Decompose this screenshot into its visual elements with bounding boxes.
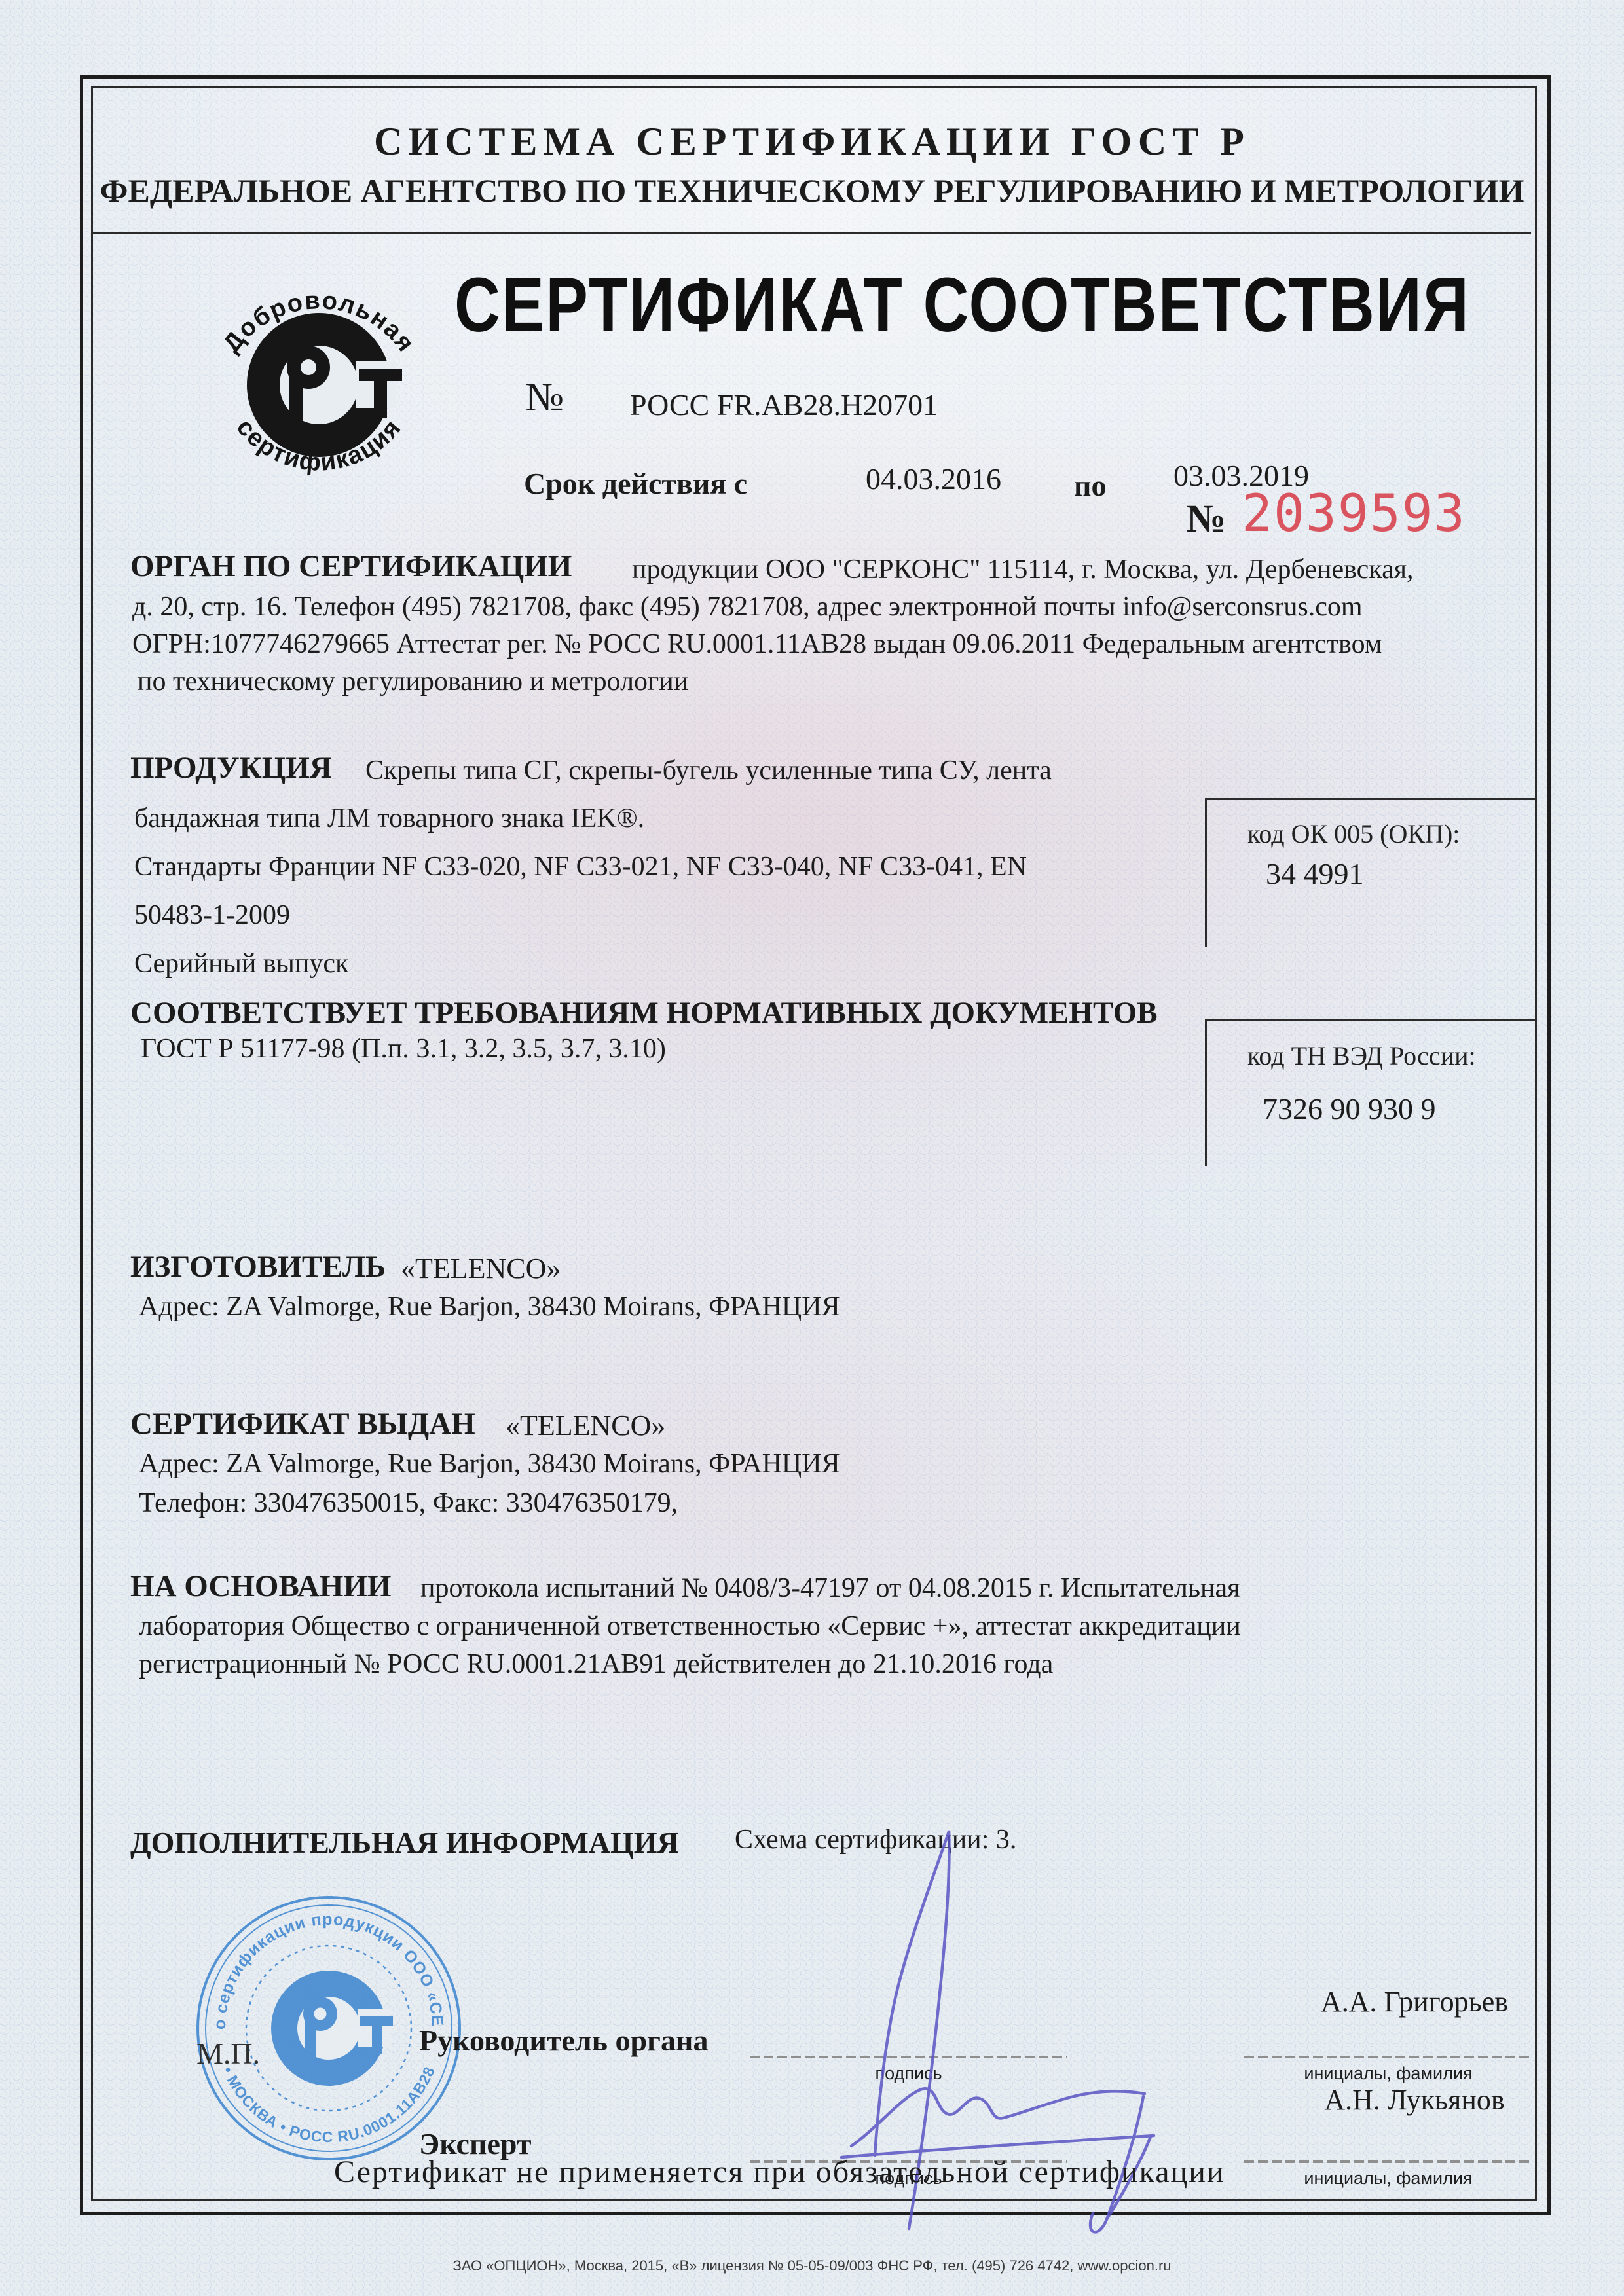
stamp-rst-emblem-icon	[271, 1971, 393, 2086]
serial-number-sign: №	[1187, 496, 1226, 541]
product-line4: 50483-1-2009	[134, 900, 290, 931]
conformity-label: СООТВЕТСТВУЕТ ТРЕБОВАНИЯМ НОРМАТИВНЫХ ДО…	[130, 995, 1158, 1030]
head-initials-caption: инициалы, фамилия	[1244, 2064, 1532, 2084]
reg-number-label: №	[525, 374, 564, 421]
okp-code-label: код ОК 005 (ОКП):	[1247, 818, 1460, 849]
validity-from-date: 04.03.2016	[866, 462, 1001, 496]
cert-body-line4: по техническому регулированию и метролог…	[138, 666, 688, 697]
head-signature-line	[750, 2056, 1067, 2058]
additional-info-text: Схема сертификации: 3.	[735, 1824, 1016, 1855]
certification-system-title: СИСТЕМА СЕРТИФИКАЦИИ ГОСТ Р	[93, 119, 1531, 164]
head-sign-caption: подпись	[750, 2064, 1067, 2084]
conformity-text: ГОСТ Р 51177-98 (П.п. 3.1, 3.2, 3.5, 3.7…	[141, 1033, 666, 1065]
issued-to-phone: Телефон: 330476350015, Факс: 33047635017…	[139, 1487, 678, 1519]
certificate-page: СИСТЕМА СЕРТИФИКАЦИИ ГОСТ Р ФЕДЕРАЛЬНОЕ …	[0, 0, 1624, 2296]
federal-agency-line: ФЕДЕРАЛЬНОЕ АГЕНТСТВО ПО ТЕХНИЧЕСКОМУ РЕ…	[93, 172, 1531, 210]
cert-body-line2: д. 20, стр. 16. Телефон (495) 7821708, ф…	[132, 591, 1363, 623]
rst-voluntary-certification-logo: Добровольная сертификация	[211, 261, 427, 503]
reg-number-value: РОСС FR.AB28.H20701	[630, 388, 938, 422]
head-label: Руководитель органа	[419, 2023, 708, 2058]
additional-info-label: ДОПОЛНИТЕЛЬНАЯ ИНФОРМАЦИЯ	[130, 1825, 679, 1860]
issued-to-address: Адрес: ZA Valmorge, Rue Barjon, 38430 Mo…	[139, 1448, 840, 1480]
product-label: ПРОДУКЦИЯ	[130, 750, 332, 786]
tnved-code-value: 7326 90 930 9	[1263, 1091, 1436, 1126]
tnved-code-label: код ТН ВЭД России:	[1247, 1040, 1476, 1071]
header-divider	[93, 232, 1531, 234]
stamp-place-mark: М.П.	[196, 2036, 260, 2071]
head-name: А.А. Григорьев	[1270, 1985, 1559, 2018]
manufacturer-name: «TELENCO»	[401, 1252, 561, 1285]
cert-body-label: ОРГАН ПО СЕРТИФИКАЦИИ	[130, 549, 572, 584]
okp-code-value: 34 4991	[1266, 856, 1364, 891]
expert-name: А.Н. Лукьянов	[1270, 2083, 1559, 2117]
tnved-code-box: код ТН ВЭД России: 7326 90 930 9	[1205, 1019, 1536, 1166]
expert-initials-caption: инициалы, фамилия	[1244, 2168, 1532, 2189]
cert-body-line3: ОГРН:1077746279665 Аттестат рег. № РОСС …	[132, 629, 1382, 660]
basis-line2: лаборатория Общество с ограниченной отве…	[139, 1611, 1241, 1642]
product-line3: Стандарты Франции NF C33-020, NF C33-021…	[134, 851, 1027, 883]
product-line2: бандажная типа ЛМ товарного знака IEK®.	[134, 803, 644, 834]
basis-line3: регистрационный № РОСС RU.0001.21АВ91 де…	[139, 1649, 1053, 1680]
basis-label: НА ОСНОВАНИИ	[130, 1569, 391, 1604]
manufacturer-address: Адрес: ZA Valmorge, Rue Barjon, 38430 Mo…	[139, 1291, 840, 1322]
manufacturer-label: ИЗГОТОВИТЕЛЬ	[130, 1249, 386, 1285]
head-initials-line	[1244, 2056, 1532, 2058]
cert-body-line1: продукции ООО "СЕРКОНС" 115114, г. Москв…	[632, 554, 1414, 585]
print-footer: ЗАО «ОПЦИОН», Москва, 2015, «В» лицензия…	[0, 2257, 1624, 2274]
validity-to-label: по	[1074, 468, 1107, 503]
okp-code-box: код ОК 005 (ОКП): 34 4991	[1205, 798, 1536, 947]
bottom-note: Сертификат не применяется при обязательн…	[334, 2154, 1225, 2190]
issued-to-label: СЕРТИФИКАТ ВЫДАН	[130, 1406, 475, 1442]
document-title: СЕРТИФИКАТ СООТВЕТСТВИЯ	[454, 261, 1470, 350]
product-line1: Скрепы типа СГ, скрепы-бугель усиленные …	[365, 755, 1052, 786]
issued-to-name: «TELENCO»	[506, 1409, 665, 1442]
validity-label: Срок действия с	[524, 466, 747, 501]
serial-number-value: 2039593	[1242, 484, 1466, 543]
product-line5: Серийный выпуск	[134, 948, 348, 979]
basis-line1: протокола испытаний № 0408/3-47197 от 04…	[420, 1573, 1240, 1604]
expert-initials-line	[1244, 2160, 1532, 2163]
